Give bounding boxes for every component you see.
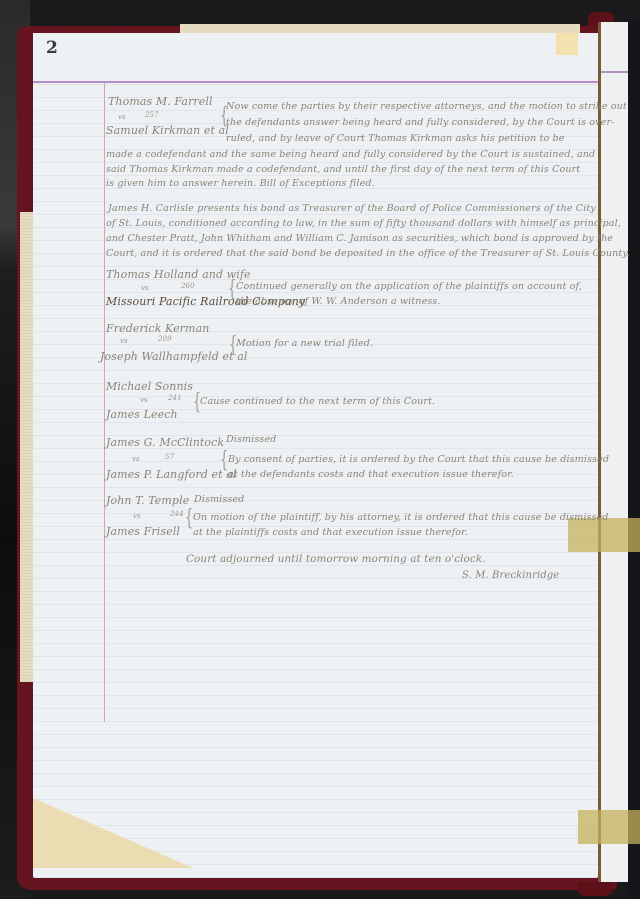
entry-text-line: at the defendants costs and that executi… — [228, 469, 514, 480]
entry-text-line: On motion of the plaintiff, by his attor… — [193, 512, 609, 523]
entry-text-line: Motion for a new trial filed. — [236, 338, 373, 349]
folded-corner — [33, 798, 193, 868]
right-page-edge — [598, 22, 631, 882]
entry-vs: vs — [133, 512, 141, 520]
clerk-signature: S. M. Breckinridge — [462, 570, 559, 581]
paper-tab-scrap — [556, 33, 578, 55]
margin-rule — [104, 82, 105, 722]
tape-strip — [578, 810, 640, 844]
entry-text-line: Cause continued to the next term of this… — [200, 396, 435, 407]
entry-plaintiff: Frederick Kerman — [106, 322, 209, 335]
tape-strip — [568, 518, 640, 552]
case-number: 209 — [158, 335, 172, 343]
entry-text-line: is given him to answer herein. Bill of E… — [106, 178, 375, 189]
case-number: 260 — [181, 282, 195, 290]
cover-corner-bottom — [577, 882, 613, 896]
entry-defendant: James Leech — [106, 408, 178, 421]
entry-vs: vs — [120, 337, 128, 345]
entry-vs: vs — [141, 284, 149, 292]
entry-text-line: at the plaintiffs costs and that executi… — [193, 527, 468, 538]
entry-text-line: made a codefendant and the same being he… — [106, 149, 595, 160]
entry-text-line: By consent of parties, it is ordered by … — [228, 454, 609, 465]
entry-text-line: of St. Louis, conditioned according to l… — [106, 218, 621, 229]
entry-plaintiff: James G. McClintock — [106, 436, 224, 449]
case-number: 257 — [145, 111, 159, 119]
entry-plaintiff: Thomas M. Farrell — [108, 95, 213, 108]
entry-vs: vs — [140, 396, 148, 404]
case-number: 244 — [170, 510, 184, 518]
entry-text-line: the absence of W. W. Anderson a witness. — [236, 296, 441, 307]
entry-plaintiff: Michael Sonnis — [106, 380, 193, 393]
header-rule — [33, 81, 598, 83]
adjournment-text: Court adjourned until tomorrow morning a… — [186, 553, 486, 565]
entry-vs: vs — [132, 455, 140, 463]
case-number: 241 — [168, 394, 182, 402]
entry-defendant: James Frisell — [106, 525, 180, 538]
entry-text-line: and Chester Pratt, John Whitham and Will… — [106, 233, 613, 244]
entry-defendant: Joseph Wallhampfeld et al — [100, 350, 248, 363]
case-number: 57 — [165, 453, 174, 461]
entry-text-line: Court, and it is ordered that the said b… — [106, 248, 630, 259]
entry-heading: Dismissed — [194, 494, 244, 505]
entry-text-line: Now come the parties by their respective… — [226, 101, 627, 112]
entry-heading: Dismissed — [226, 434, 276, 445]
entry-text-line: the defendants answer being heard and fu… — [226, 117, 614, 128]
scan-right-border — [628, 20, 640, 899]
page-header-area — [33, 33, 598, 79]
entry-plaintiff: John T. Temple — [106, 494, 189, 507]
entry-vs: vs — [118, 113, 126, 121]
entry-text-line: Continued generally on the application o… — [236, 281, 582, 292]
entry-text-line: said Thomas Kirkman made a codefendant, … — [106, 164, 580, 175]
spine-binding-cloth — [20, 212, 34, 682]
entry-text-line: James H. Carlisle presents his bond as T… — [108, 203, 596, 214]
entry-defendant: James P. Langford et al — [106, 468, 237, 481]
entry-text-line: ruled, and by leave of Court Thomas Kirk… — [226, 133, 565, 144]
page-number: 2 — [46, 38, 58, 58]
entry-defendant: Samuel Kirkman et al — [106, 124, 229, 137]
